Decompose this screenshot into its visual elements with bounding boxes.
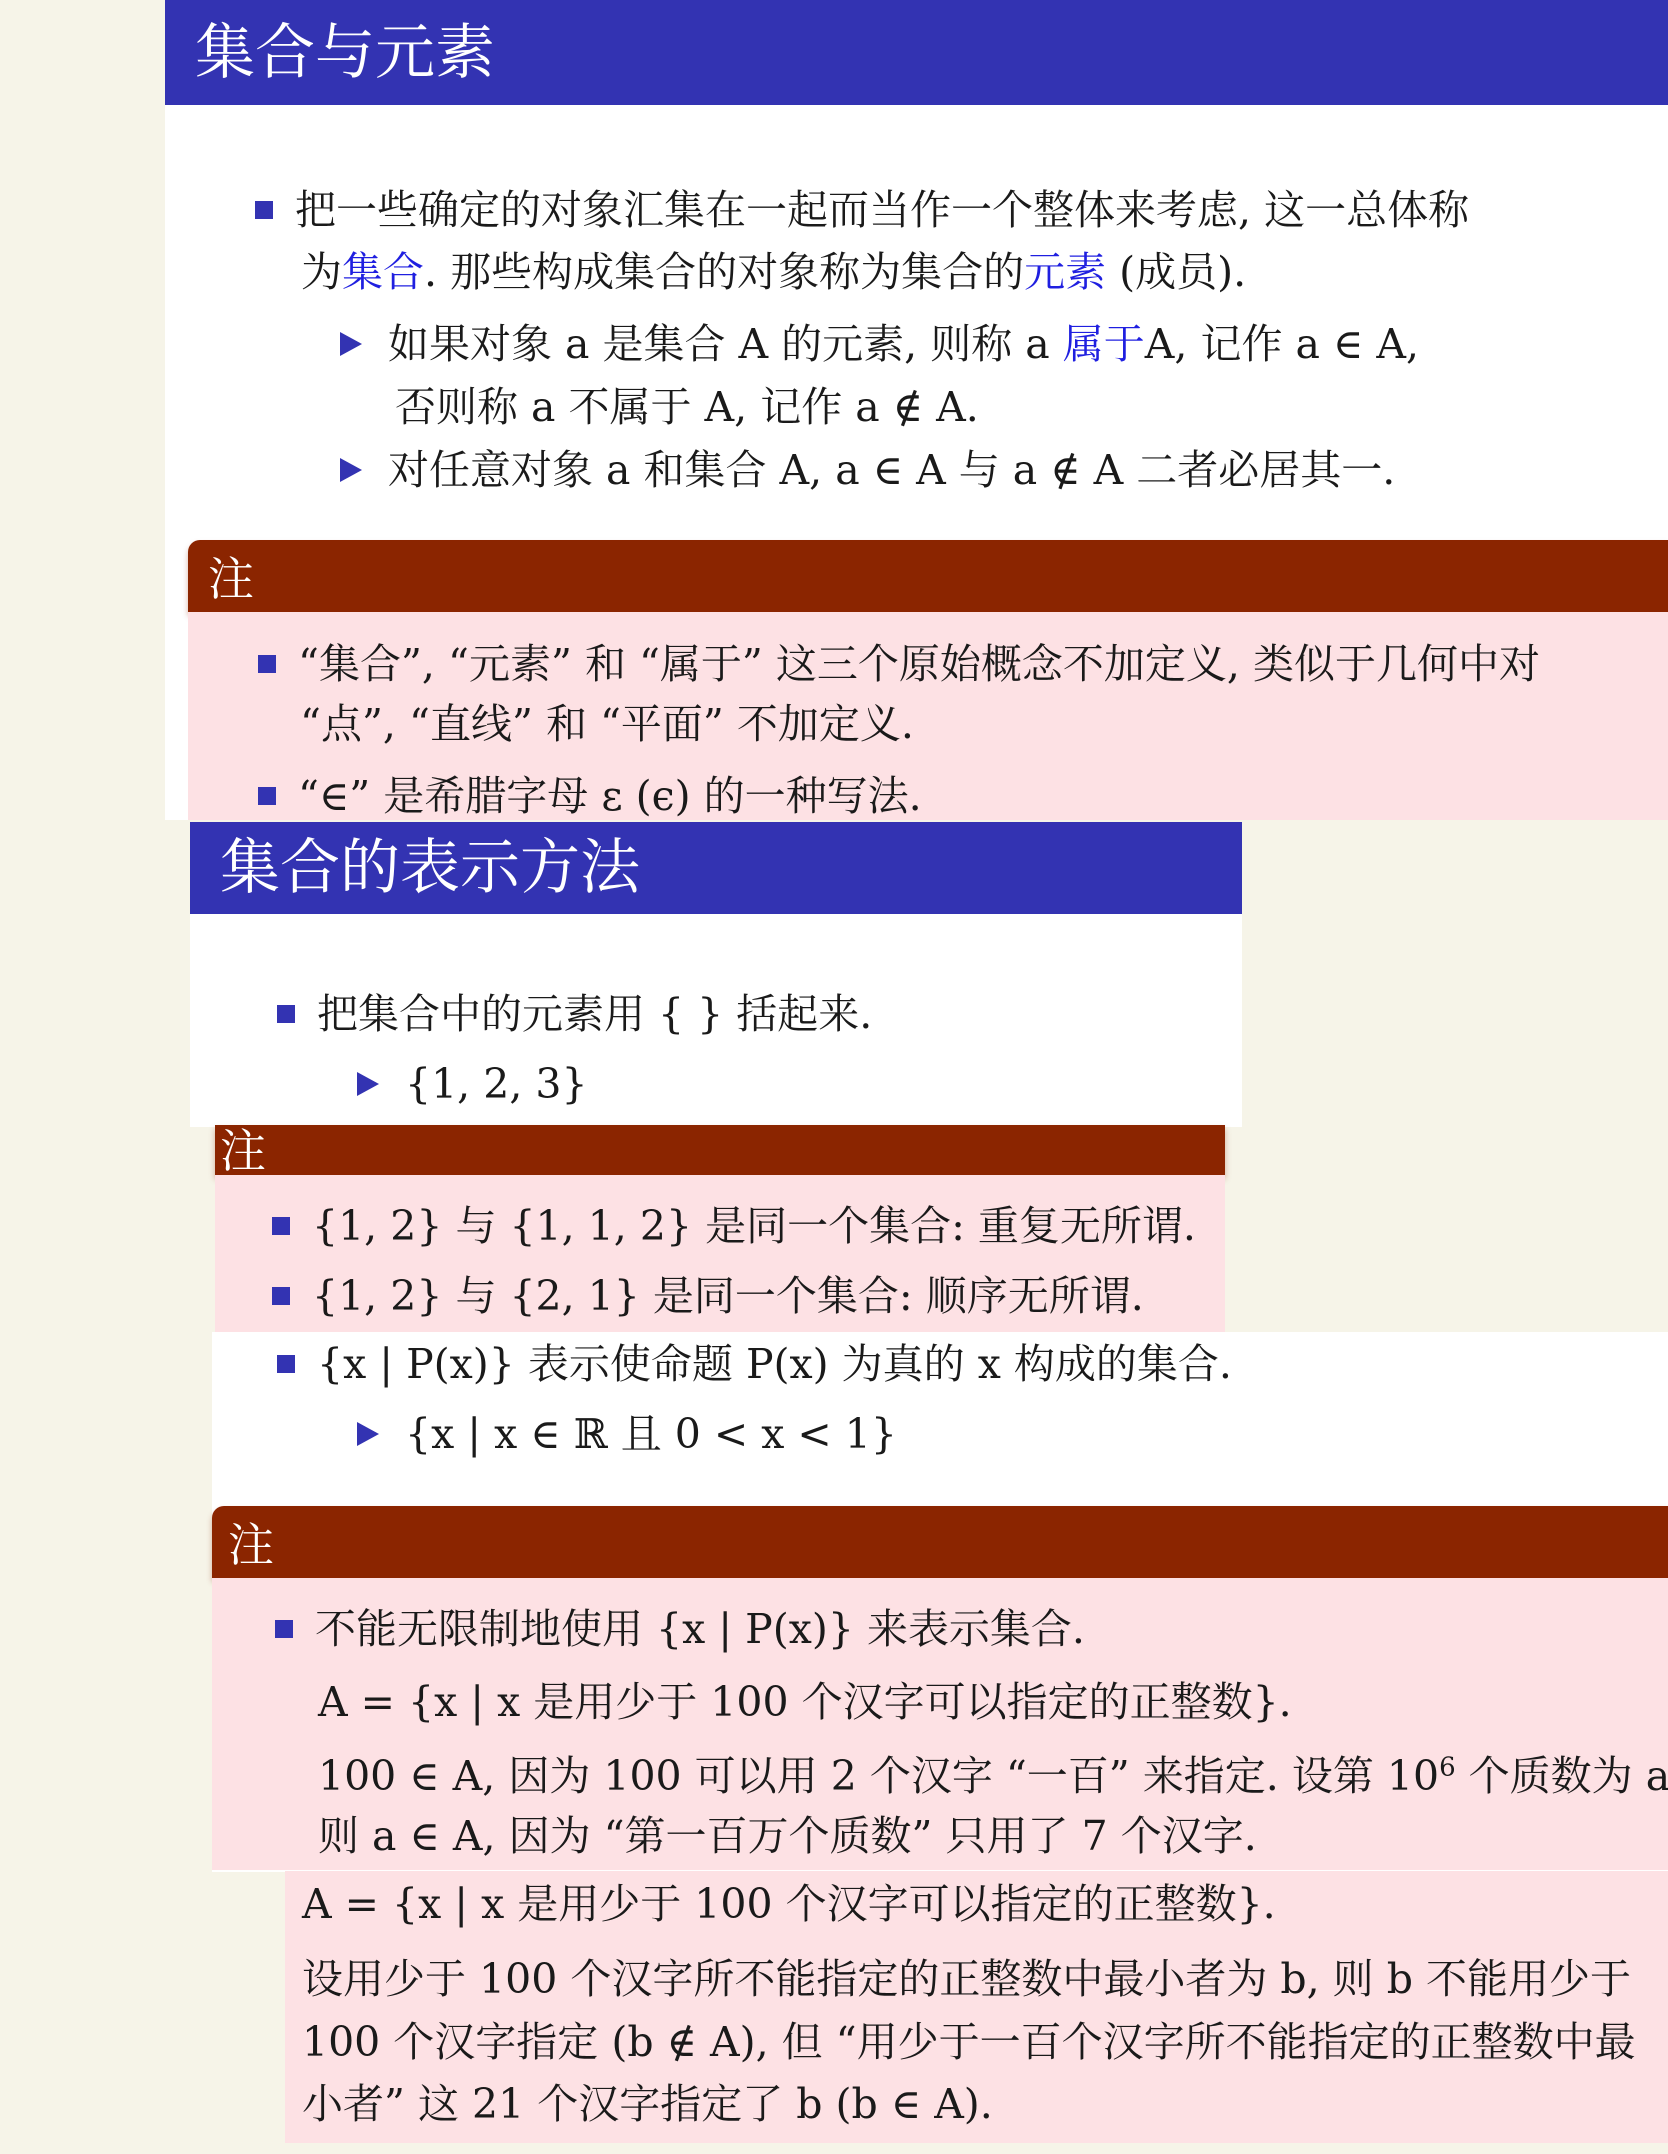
slide-1-bullet-1-line-1: 把一些确定的对象汇集在一起而当作一个整体来考虑, 这一总体称: [255, 186, 1469, 235]
slide-3-note-item-1: 不能无限制地使用 {x | P(x)} 来表示集合.: [275, 1605, 1085, 1654]
square-bullet-icon: [275, 1620, 293, 1638]
square-bullet-icon: [277, 1355, 295, 1373]
term-element: 元素: [1024, 248, 1106, 296]
slide-2-title-bar: 集合的表示方法: [190, 822, 1242, 914]
note-title: 注: [220, 1125, 266, 1175]
note-title: 注: [208, 543, 254, 609]
slide-2-note-item-2: {1, 2} 与 {2, 1} 是同一个集合: 顺序无所谓.: [272, 1272, 1144, 1321]
slide-2-sub-1: {1, 2, 3}: [357, 1060, 588, 1109]
slide-1-note-item-2: “∈” 是希腊字母 ε (ϵ) 的一种写法.: [258, 772, 922, 821]
slide-4-para-2-line-1: 设用少于 100 个汉字所不能指定的正整数中最小者为 b, 则 b 不能用少于: [302, 1955, 1631, 2004]
slide-4-para-1: A = {x | x 是用少于 100 个汉字可以指定的正整数}.: [302, 1880, 1276, 1929]
slide-3-note-header: 注: [212, 1506, 1668, 1578]
slide-3-bullet-1: {x | P(x)} 表示使命题 P(x) 为真的 x 构成的集合.: [277, 1340, 1232, 1389]
slide-1-note-item-1-line-2: “点”, “直线” 和 “平面” 不加定义.: [300, 700, 914, 749]
term-belongs: 属于: [1063, 320, 1145, 368]
exponent: 6: [1439, 1752, 1456, 1782]
slide-2-note-header: 注: [215, 1125, 1225, 1175]
square-bullet-icon: [272, 1217, 290, 1235]
slide-3-note-para-2-line-2: 则 a ∈ A, 因为 “第一百万个质数” 只用了 7 个汉字.: [318, 1812, 1257, 1861]
slide-2-note-item-1: {1, 2} 与 {1, 1, 2} 是同一个集合: 重复无所谓.: [272, 1202, 1196, 1251]
term-set: 集合: [342, 248, 424, 296]
triangle-bullet-icon: [357, 1072, 379, 1096]
square-bullet-icon: [255, 201, 273, 219]
square-bullet-icon: [258, 655, 276, 673]
slide-1-sub-1-line-1: 如果对象 a 是集合 A 的元素, 则称 a 属于A, 记作 a ∈ A,: [340, 320, 1419, 369]
square-bullet-icon: [258, 787, 276, 805]
slide-1-title: 集合与元素: [195, 23, 495, 83]
slide-1-title-bar: 集合与元素: [165, 0, 1668, 105]
slide-3-note-para-2-line-1: 100 ∈ A, 因为 100 可以用 2 个汉字 “一百” 来指定. 设第 1…: [318, 1752, 1668, 1801]
slide-4-para-2-line-3: 小者” 这 21 个汉字指定了 b (b ∈ A).: [302, 2080, 993, 2129]
slide-2-bullet-1: 把集合中的元素用 { } 括起来.: [277, 990, 872, 1039]
slide-1-sub-2: 对任意对象 a 和集合 A, a ∈ A 与 a ∉ A 二者必居其一.: [340, 446, 1395, 495]
note-title: 注: [228, 1509, 274, 1575]
slide-3-sub-1: {x | x ∈ ℝ 且 0 < x < 1}: [357, 1410, 897, 1459]
slide-4-para-2-line-2: 100 个汉字指定 (b ∉ A), 但 “用少于一百个汉字所不能指定的正整数中…: [302, 2018, 1636, 2067]
slide-2-title: 集合的表示方法: [220, 838, 640, 898]
slide-1-note-header: 注: [188, 540, 1668, 612]
slide-3-note-para-1: A = {x | x 是用少于 100 个汉字可以指定的正整数}.: [318, 1678, 1292, 1727]
square-bullet-icon: [277, 1005, 295, 1023]
triangle-bullet-icon: [340, 332, 362, 356]
square-bullet-icon: [272, 1287, 290, 1305]
slide-1-sub-1-line-2: 否则称 a 不属于 A, 记作 a ∉ A.: [395, 383, 979, 432]
slide-1-bullet-1-line-2: 为集合. 那些构成集合的对象称为集合的元素 (成员).: [301, 248, 1246, 297]
triangle-bullet-icon: [357, 1422, 379, 1446]
triangle-bullet-icon: [340, 458, 362, 482]
slide-1-note-item-1-line-1: “集合”, “元素” 和 “属于” 这三个原始概念不加定义, 类似于几何中对: [258, 640, 1540, 689]
